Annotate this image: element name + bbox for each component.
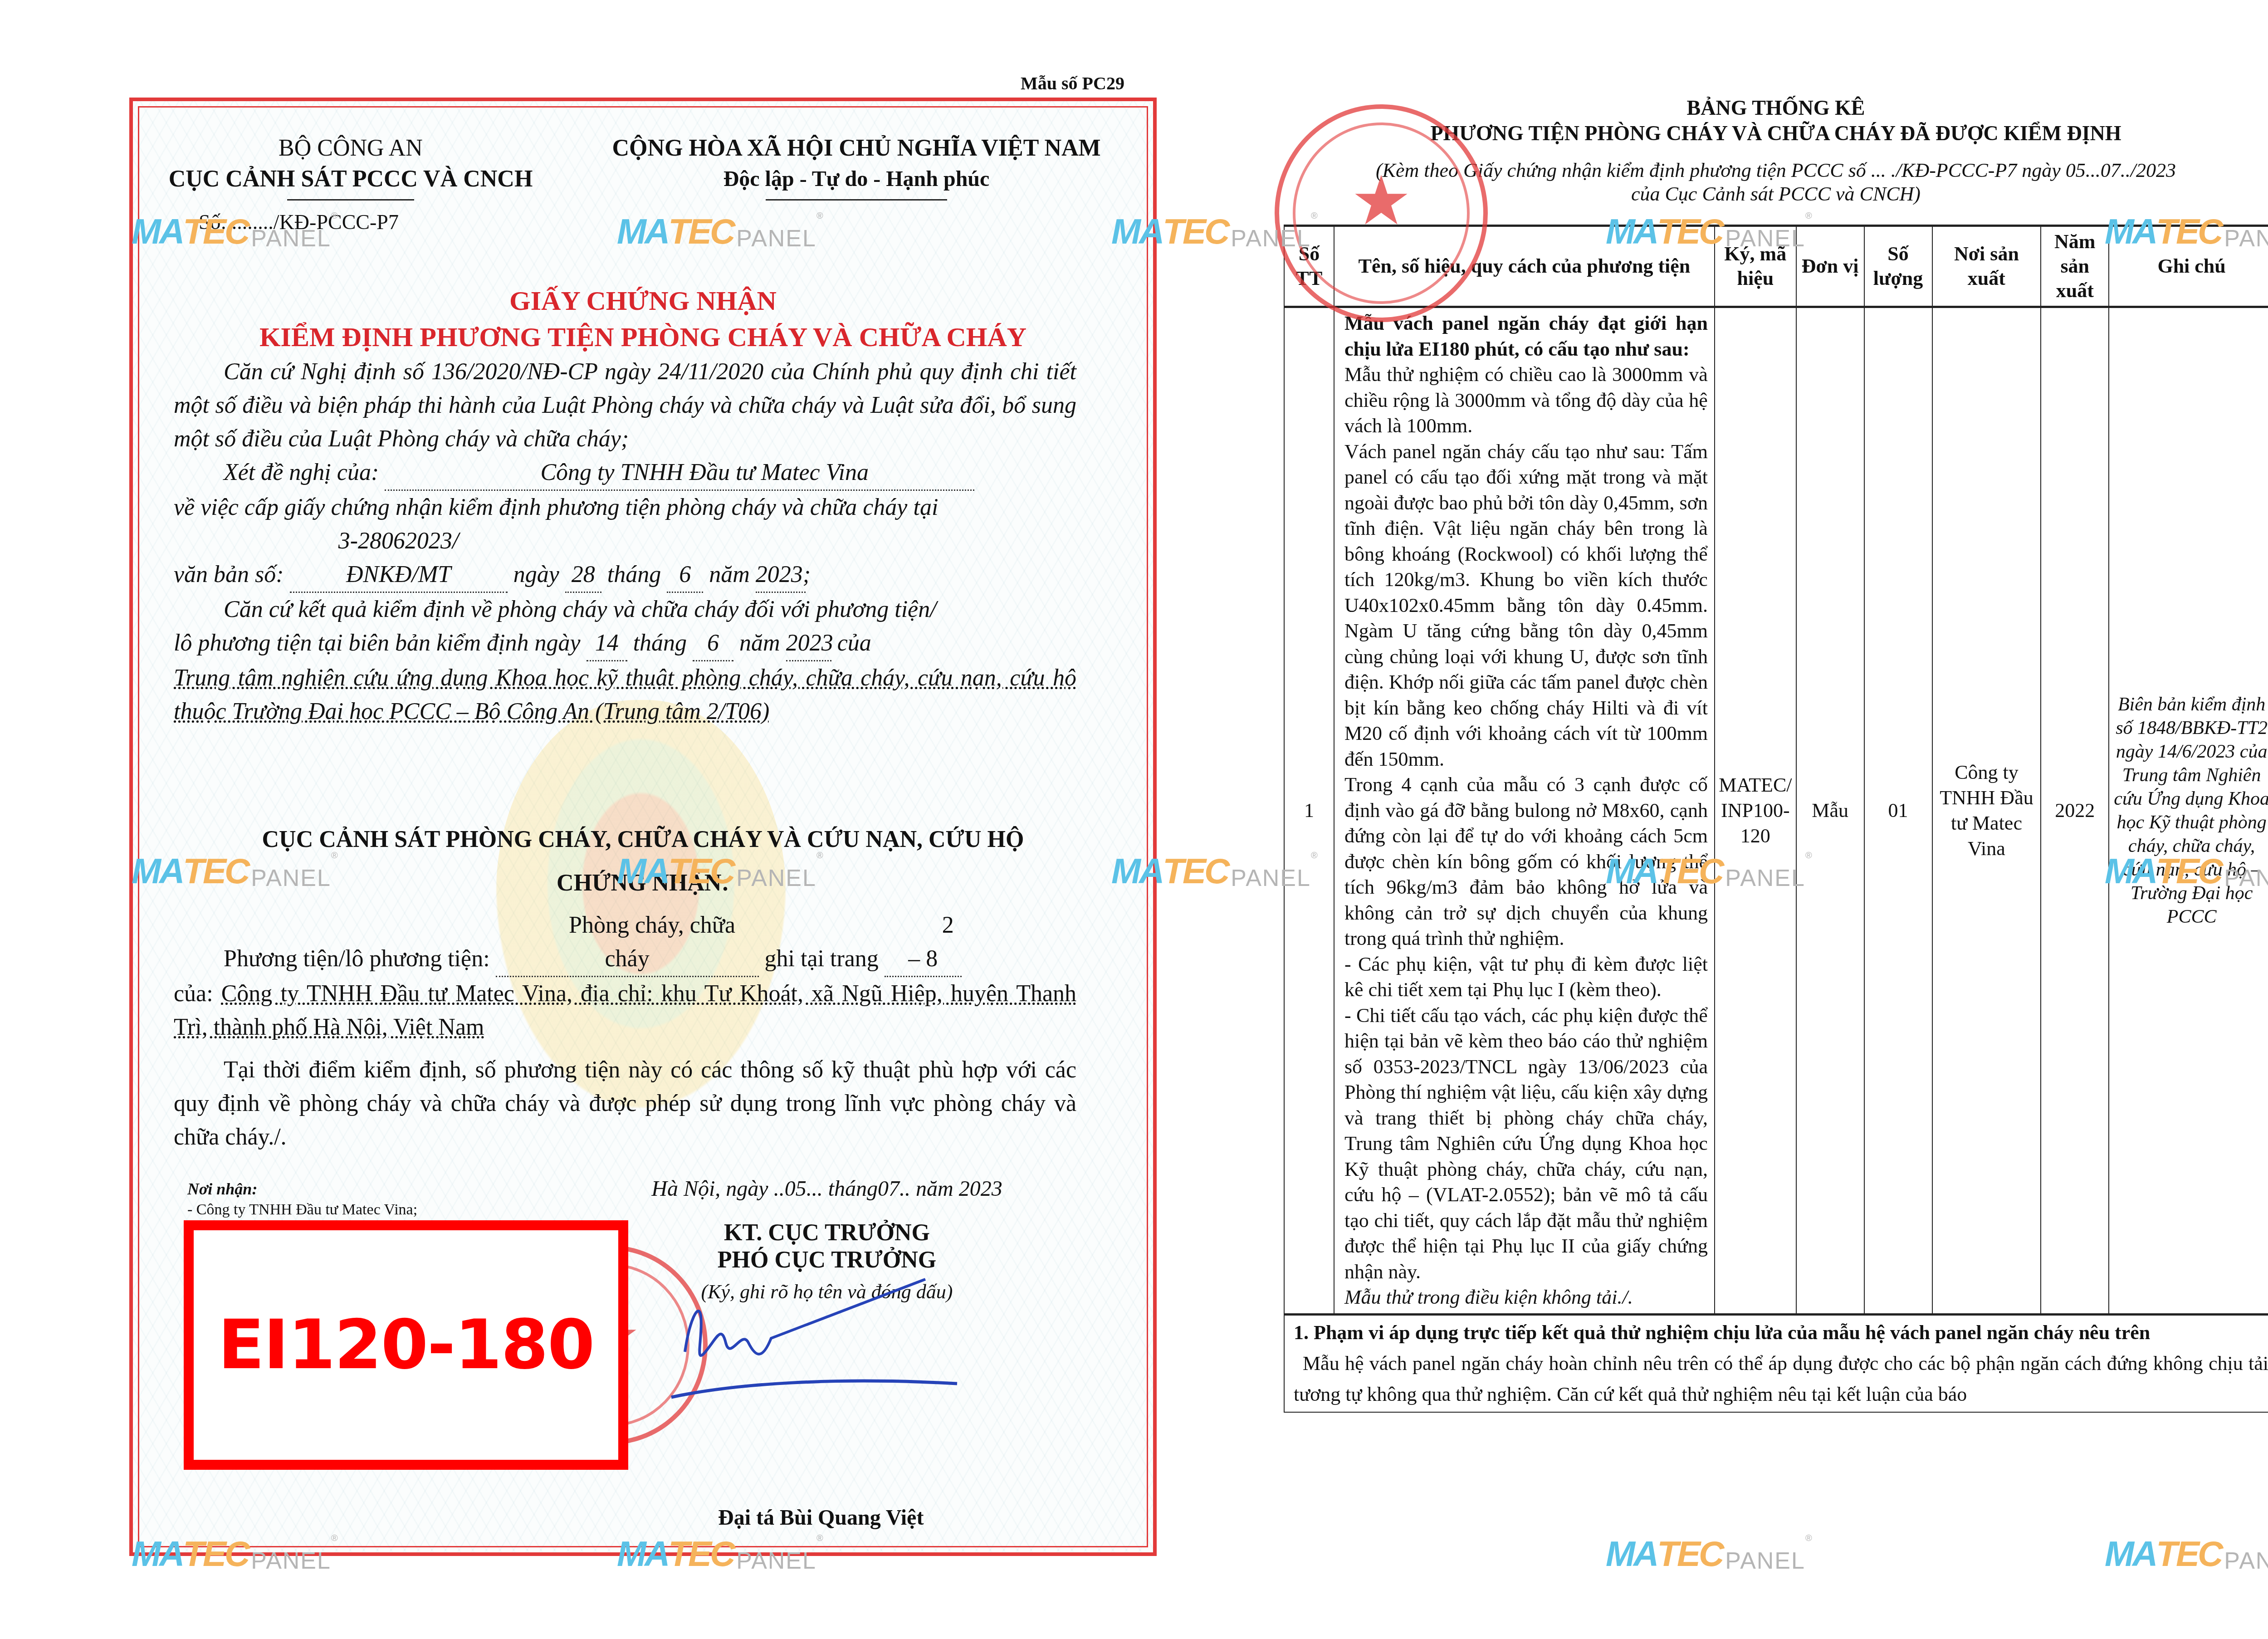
title-line-1: GIẤY CHỨNG NHẬN <box>133 283 1153 319</box>
matec-panel-watermark-icon: MA TEC PANEL ® <box>132 1533 338 1575</box>
watermark-ma: MA <box>2105 1533 2156 1575</box>
matec-panel-watermark-icon: MA TEC PANEL ® <box>1111 211 1318 252</box>
watermark-panel: PANEL <box>736 225 816 252</box>
proposal-day: 28 <box>565 558 601 593</box>
nation-name: CỘNG HÒA XÃ HỘI CHỦ NGHĨA VIỆT NAM <box>568 133 1144 164</box>
doc-label: văn bản số: <box>174 562 284 587</box>
proposal-month: 6 <box>667 558 703 593</box>
cell-year: 2022 <box>2041 307 2109 1315</box>
owner-line: của: Công ty TNHH Đầu tư Matec Vina, địa… <box>174 977 1076 1044</box>
form-number: Mẫu số PC29 <box>1021 73 1124 94</box>
cell-no: 1 <box>1284 307 1334 1315</box>
result-day: 14 <box>587 626 627 661</box>
statistics-table: Số TT Tên, số hiệu, quy cách của phương … <box>1284 225 2268 1413</box>
watermark-panel: PANEL <box>251 1547 331 1575</box>
recipient-item: - Công ty TNHH Đầu tư Matec Vina; <box>187 1199 417 1220</box>
proposal-company: Công ty TNHH Đầu tư Matec Vina <box>385 456 974 491</box>
national-motto: Độc lập - Tự do - Hạnh phúc <box>568 164 1144 195</box>
scope-text: Mẫu hệ vách panel ngăn cháy hoàn chỉnh n… <box>1294 1348 2268 1410</box>
watermark-ma: MA <box>132 1533 183 1575</box>
cell-code: MATEC/INP100-120 <box>1715 307 1796 1315</box>
matec-panel-watermark-icon: MA TEC PANEL ® <box>132 211 338 252</box>
watermark-ma: MA <box>2105 211 2156 252</box>
pages-label: ghi tại trang <box>765 946 879 972</box>
issuer-header: BỘ CÔNG AN CỤC CẢNH SÁT PCCC VÀ CNCH <box>133 133 568 201</box>
cell-note: Biên bản kiểm định số 1848/BBKĐ-TT2 ngày… <box>2109 307 2268 1315</box>
result-basis-prefix: lô phương tiện tại biên bản kiểm định ng… <box>174 630 581 656</box>
owner-label: của: <box>174 981 213 1007</box>
watermark-reg: ® <box>1311 851 1318 861</box>
result-month-label: tháng <box>633 630 687 656</box>
watermark-reg: ® <box>816 851 823 861</box>
equipment-value: Phòng cháy, chữa cháy <box>496 909 759 977</box>
fire-rating-text: EI120-180 <box>218 1306 594 1385</box>
sign-title-2: PHÓ CỤC TRƯỞNG <box>650 1247 1004 1274</box>
result-basis-line-2: lô phương tiện tại biên bản kiểm định ng… <box>174 626 1076 661</box>
equipment-line: Phương tiện/lô phương tiện: Phòng cháy, … <box>174 909 1076 977</box>
watermark-panel: PANEL <box>2224 225 2268 252</box>
header-divider <box>287 199 414 201</box>
watermark-tec: TEC <box>183 1533 248 1575</box>
matec-panel-watermark-icon: MA TEC PANEL ® <box>617 851 823 892</box>
matec-panel-watermark-icon: MA TEC PANEL ® <box>2105 1533 2268 1575</box>
description-note: Mẫu thử trong điều kiện không tải./. <box>1344 1285 1708 1311</box>
result-basis-line-1: Căn cứ kết quả kiểm định về phòng cháy v… <box>174 593 1076 626</box>
watermark-ma: MA <box>132 851 183 892</box>
scope-heading: 1. Phạm vi áp dụng trực tiếp kết quả thử… <box>1294 1317 2268 1348</box>
result-year-label: năm <box>739 630 780 656</box>
watermark-reg: ® <box>1805 1533 1812 1544</box>
month-label: tháng <box>607 562 661 587</box>
watermark-tec: TEC <box>1657 1533 1722 1575</box>
proposal-doc-line: văn bản số: 3-28062023/ĐNKĐ/MT ngày 28 t… <box>174 524 1076 593</box>
proposal-doc-number: 3-28062023/ĐNKĐ/MT <box>290 524 508 593</box>
certificate-details: Phương tiện/lô phương tiện: Phòng cháy, … <box>174 909 1076 1154</box>
watermark-reg: ® <box>1805 851 1812 861</box>
year-label: năm <box>709 562 750 587</box>
watermark-tec: TEC <box>1657 211 1722 252</box>
table-row: 1 Mẫu vách panel ngăn cháy đạt giới hạn … <box>1284 307 2268 1315</box>
watermark-ma: MA <box>1111 851 1163 892</box>
testing-center: Trung tâm nghiên cứu ứng dụng Khoa học k… <box>174 661 1076 729</box>
watermark-panel: PANEL <box>251 865 331 892</box>
nation-header: CỘNG HÒA XÃ HỘI CHỦ NGHĨA VIỆT NAM Độc l… <box>568 133 1144 201</box>
proposal-line: Xét đề nghị của: Công ty TNHH Đầu tư Mat… <box>174 456 1076 491</box>
watermark-ma: MA <box>1606 211 1657 252</box>
proposal-label: Xét đề nghị của: <box>224 460 379 485</box>
matec-panel-watermark-icon: MA TEC PANEL ® <box>132 851 338 892</box>
matec-panel-watermark-icon: MA TEC PANEL ® <box>1111 851 1318 892</box>
matec-panel-watermark-icon: MA TEC PANEL ® <box>1606 211 1812 252</box>
column-header: Năm sản xuất <box>2041 226 2109 307</box>
scope-row: 1. Phạm vi áp dụng trực tiếp kết quả thử… <box>1284 1314 2268 1412</box>
matec-panel-watermark-icon: MA TEC PANEL ® <box>2105 211 2268 252</box>
matec-panel-watermark-icon: MA TEC PANEL ® <box>617 211 823 252</box>
watermark-ma: MA <box>1111 211 1163 252</box>
watermark-ma: MA <box>617 211 668 252</box>
result-month: 6 <box>693 626 733 661</box>
watermark-reg: ® <box>331 851 338 861</box>
watermark-reg: ® <box>1805 211 1812 221</box>
watermark-panel: PANEL <box>251 225 331 252</box>
matec-panel-watermark-icon: MA TEC PANEL ® <box>1606 1533 1812 1575</box>
department-name: CỤC CẢNH SÁT PCCC VÀ CNCH <box>133 164 568 195</box>
result-year: 2023 <box>786 626 831 661</box>
watermark-ma: MA <box>132 211 183 252</box>
column-header: Nơi sản xuất <box>1932 226 2041 307</box>
signer-name: Đại tá Bùi Quang Việt <box>718 1505 924 1530</box>
fire-rating-badge: EI120-180 <box>184 1220 628 1470</box>
watermark-reg: ® <box>331 211 338 221</box>
cell-unit: Mẫu <box>1796 307 1864 1315</box>
recipients-label: Nơi nhận: <box>187 1179 417 1199</box>
cell-origin: Công ty TNHH Đầu tư Matec Vina <box>1932 307 2041 1315</box>
day-label: ngày <box>513 562 559 587</box>
description-body: Mẫu thử nghiệm có chiều cao là 3000mm và… <box>1344 362 1708 1285</box>
watermark-panel: PANEL <box>2224 865 2268 892</box>
watermark-tec: TEC <box>668 1533 733 1575</box>
conclusion: Tại thời điểm kiểm định, số phương tiện … <box>174 1053 1076 1154</box>
watermark-tec: TEC <box>668 851 733 892</box>
equipment-label: Phương tiện/lô phương tiện: <box>224 946 490 972</box>
watermark-tec: TEC <box>1163 851 1228 892</box>
matec-panel-watermark-icon: MA TEC PANEL ® <box>617 1533 823 1575</box>
ministry-name: BỘ CÔNG AN <box>133 133 568 164</box>
cell-description: Mẫu vách panel ngăn cháy đạt giới hạn ch… <box>1334 307 1715 1315</box>
owner-value: Công ty TNHH Đầu tư Matec Vina, địa chỉ:… <box>174 981 1076 1040</box>
watermark-tec: TEC <box>2156 211 2221 252</box>
watermark-tec: TEC <box>1163 211 1228 252</box>
proposal-year: 2023; <box>756 558 806 593</box>
watermark-ma: MA <box>2105 851 2156 892</box>
watermark-ma: MA <box>617 1533 668 1575</box>
watermark-tec: TEC <box>2156 851 2221 892</box>
legal-basis: Căn cứ Nghị định số 136/2020/NĐ-CP ngày … <box>174 355 1076 456</box>
column-header: Số lượng <box>1864 226 1932 307</box>
watermark-panel: PANEL <box>1725 865 1805 892</box>
watermark-panel: PANEL <box>736 1547 816 1575</box>
watermark-ma: MA <box>617 851 668 892</box>
watermark-panel: PANEL <box>1725 1547 1805 1575</box>
watermark-tec: TEC <box>1657 851 1722 892</box>
watermark-reg: ® <box>1311 211 1318 221</box>
watermark-panel: PANEL <box>2224 1547 2268 1575</box>
watermark-panel: PANEL <box>1231 865 1311 892</box>
watermark-reg: ® <box>816 211 823 221</box>
motto-divider <box>766 199 947 201</box>
watermark-ma: MA <box>1606 851 1657 892</box>
certificate-title: GIẤY CHỨNG NHẬN KIỂM ĐỊNH PHƯƠNG TIỆN PH… <box>133 283 1153 355</box>
matec-panel-watermark-icon: MA TEC PANEL ® <box>2105 851 2268 892</box>
handwritten-signature-icon <box>644 1275 962 1420</box>
watermark-tec: TEC <box>183 211 248 252</box>
watermark-panel: PANEL <box>1725 225 1805 252</box>
watermark-panel: PANEL <box>1231 225 1311 252</box>
proposal-line-2: về việc cấp giấy chứng nhận kiểm định ph… <box>174 491 1076 524</box>
watermark-ma: MA <box>1606 1533 1657 1575</box>
watermark-tec: TEC <box>183 851 248 892</box>
title-line-2: KIỂM ĐỊNH PHƯƠNG TIỆN PHÒNG CHÁY VÀ CHỮA… <box>133 319 1153 355</box>
sign-title-1: KT. CỤC TRƯỞNG <box>650 1219 1004 1247</box>
watermark-reg: ® <box>331 1533 338 1544</box>
result-suffix: của <box>837 630 871 656</box>
certificate-preamble: Căn cứ Nghị định số 136/2020/NĐ-CP ngày … <box>174 355 1076 729</box>
watermark-panel: PANEL <box>736 865 816 892</box>
watermark-tec: TEC <box>2156 1533 2221 1575</box>
scope-cell: 1. Phạm vi áp dụng trực tiếp kết quả thử… <box>1284 1314 2268 1412</box>
watermark-reg: ® <box>816 1533 823 1544</box>
cell-quantity: 01 <box>1864 307 1932 1315</box>
sign-date: Hà Nội, ngày ..05... tháng07.. năm 2023 <box>650 1176 1004 1201</box>
watermark-tec: TEC <box>668 211 733 252</box>
matec-panel-watermark-icon: MA TEC PANEL ® <box>1606 851 1812 892</box>
pages-value: 2 – 8 <box>885 909 962 977</box>
